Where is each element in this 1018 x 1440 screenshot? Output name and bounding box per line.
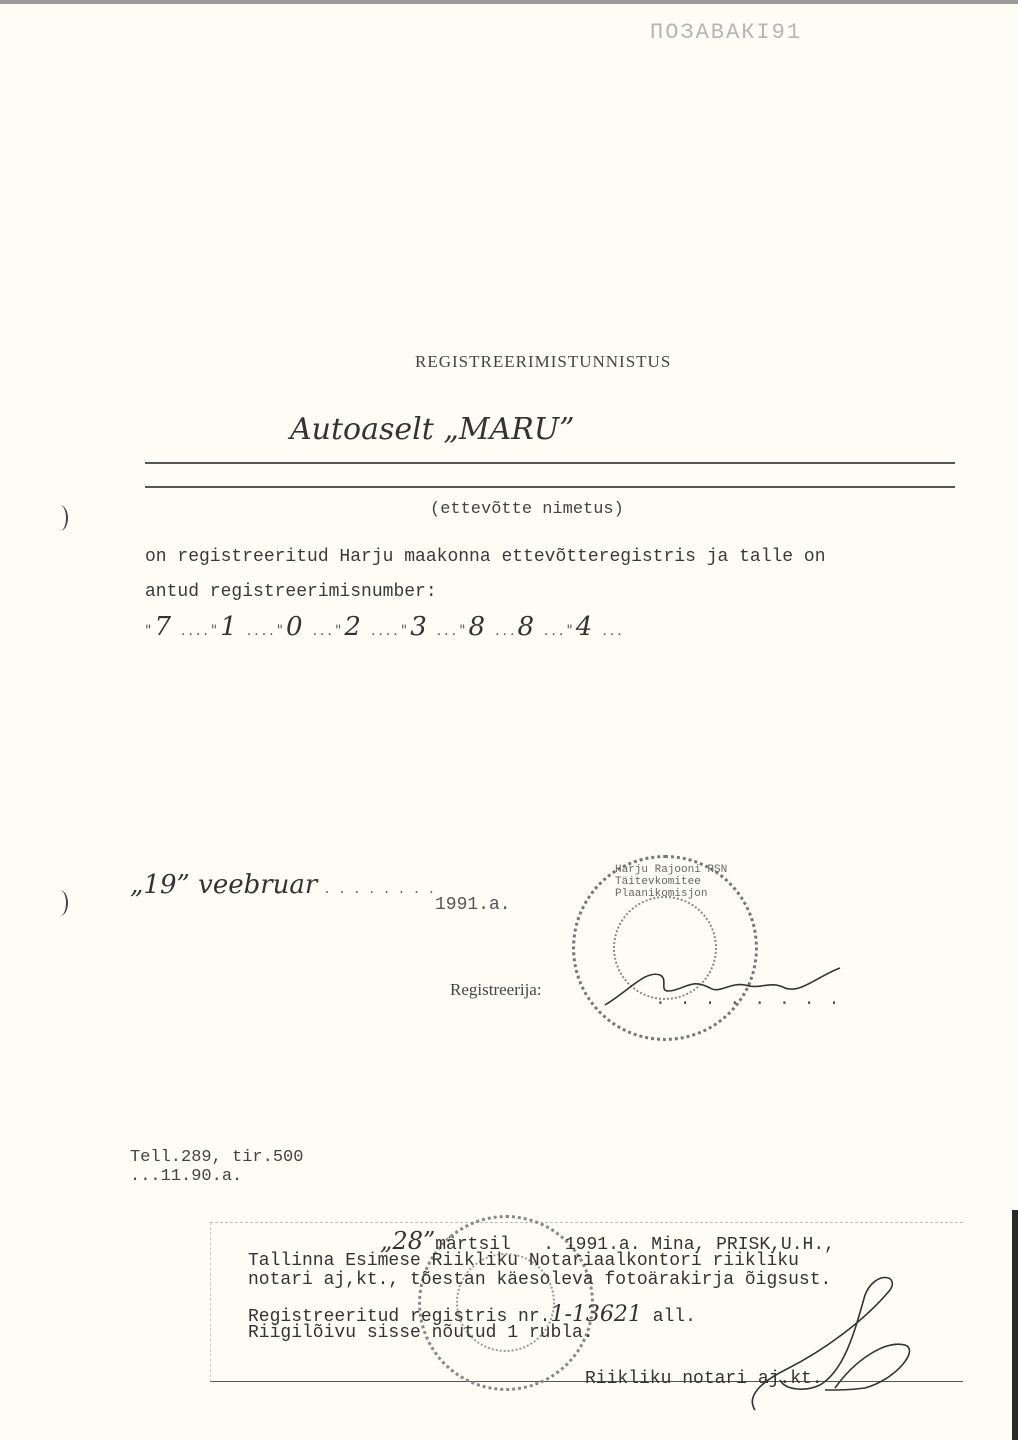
scan-top-edge xyxy=(0,0,1018,4)
stamp-text: Harju Rajooni RSN Täitevkomitee Plaaniko… xyxy=(615,864,755,900)
reg-digit: 0 xyxy=(286,612,313,642)
issue-day: „19” xyxy=(130,870,190,900)
print-order: Tell.289, tir.500 xyxy=(130,1148,303,1167)
company-underline-2 xyxy=(145,486,955,488)
print-info: Tell.289, tir.500 ...11.90.a. xyxy=(130,1148,303,1186)
reg-digit: 4 xyxy=(576,612,603,642)
issue-month: veebruar xyxy=(198,870,317,900)
registration-number-label: antud registreerimisnumber: xyxy=(145,582,437,602)
punch-hole-mark xyxy=(52,505,68,531)
notary-line-office: Tallinna Esimese Riikliku Notariaalkonto… xyxy=(248,1252,799,1271)
scan-right-edge xyxy=(1012,1210,1018,1440)
punch-hole-mark xyxy=(52,890,68,916)
registration-number: "7...."1...."0..."2...."3..."8...8..."4.… xyxy=(145,612,625,642)
reg-digit: 3 xyxy=(410,612,437,642)
reg-digit: 8 xyxy=(469,612,496,642)
notary-line-fee: Riigilõivu sisse nõutud 1 rubla. xyxy=(248,1324,594,1343)
faint-header-stamp: ПОЗАВАКІ91 xyxy=(650,20,802,45)
registrar-label: Registreerija: xyxy=(450,980,542,1000)
reg-digit: 8 xyxy=(517,612,544,642)
company-name: Autoaselt „MARU” xyxy=(290,412,574,447)
issue-year: 1991.a. xyxy=(435,895,511,915)
document-title: REGISTREERIMISTUNNISTUS xyxy=(415,352,671,372)
registration-statement: on registreeritud Harju maakonna ettevõt… xyxy=(145,547,826,567)
print-date: ...11.90.a. xyxy=(130,1167,242,1186)
issue-date: „19” veebruar . . . . . . . . xyxy=(130,870,437,900)
company-caption: (ettevõtte nimetus) xyxy=(430,500,624,519)
registrar-signature xyxy=(600,960,850,1020)
reg-digit: 7 xyxy=(154,612,181,642)
notary-line-attest: notari aj,kt., tõestan käesoleva fotoära… xyxy=(248,1271,831,1290)
reg-digit: 2 xyxy=(344,612,371,642)
notary-signature xyxy=(745,1270,925,1420)
reg-digit: 1 xyxy=(220,612,247,642)
company-underline xyxy=(145,462,955,464)
